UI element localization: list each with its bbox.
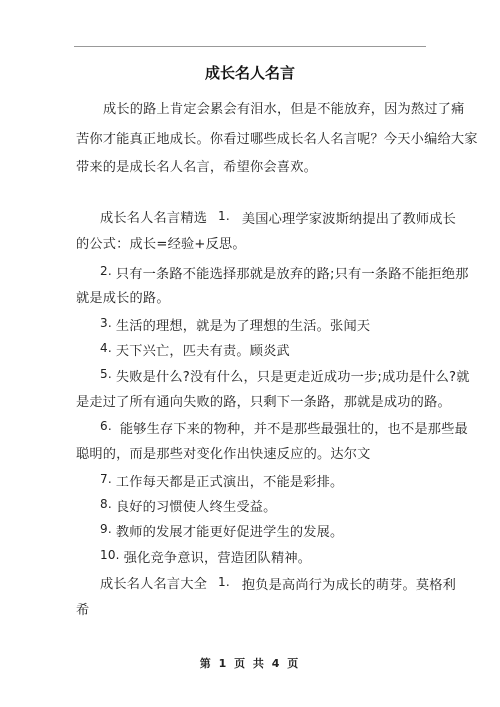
list-item-5: 5.失败是什么?没有什么，只是更走近成功一步;成功是什么?就 xyxy=(100,369,470,386)
item-text: 生活的理想，就是为了理想的生活。张闻天 xyxy=(116,319,370,334)
item-number: 8. xyxy=(100,497,112,511)
list-item-4: 4.天下兴亡，匹夫有责。顾炎武 xyxy=(100,343,290,360)
list2-item-1: 1.抱负是高尚行为成长的萌芽。莫格利 xyxy=(218,577,456,594)
item-number: 3. xyxy=(100,316,112,330)
list-item-6-cont: 聪明的，而是那些对变化作出快速反应的。达尔文 xyxy=(76,447,371,463)
list2-item-1-cont: 希 xyxy=(76,603,89,619)
item-number: 4. xyxy=(100,341,112,355)
section1-heading: 成长名人名言精选 xyxy=(100,211,207,227)
page-footer: 第 1 页 共 4 页 xyxy=(0,655,500,671)
list-item-6: 6.能够生存下来的物种，并不是那些最强壮的，也不是那些最 xyxy=(100,421,468,438)
item-text: 教师的发展才能更好促进学生的发展。 xyxy=(116,525,344,540)
intro-line-3: 带来的是成长名人名言，希望你会喜欢。 xyxy=(76,160,317,176)
list-item-7: 7.工作每天都是正式演出，不能是彩排。 xyxy=(100,474,343,491)
item-text: 失败是什么?没有什么，只是更走近成功一步;成功是什么?就 xyxy=(116,370,470,385)
item-number: 5. xyxy=(100,367,112,381)
list-item-2: 2.只有一条路不能选择那就是放弃的路;只有一条路不能拒绝那 xyxy=(100,266,469,283)
item-number: 7. xyxy=(100,472,112,486)
item-number: 2. xyxy=(100,264,112,278)
document-title: 成长名人名言 xyxy=(0,62,500,83)
item-text: 能够生存下来的物种，并不是那些最强壮的，也不是那些最 xyxy=(120,422,468,437)
intro-line-2: 苦你才能真正地成长。你看过哪些成长名人名言呢？今天小编给大家 xyxy=(76,132,478,148)
section2-heading: 成长名人名言大全 xyxy=(100,577,207,593)
list-item-8: 8.良好的习惯使人终生受益。 xyxy=(100,499,277,516)
list-item-1: 1.美国心理学家波斯纳提出了教师成长 xyxy=(218,211,456,228)
list-item-5-cont: 是走过了所有通向失败的路，只剩下一条路，那就是成功的路。 xyxy=(76,395,451,411)
header-rule xyxy=(74,46,426,47)
item-number: 6. xyxy=(100,419,112,433)
item-number: 9. xyxy=(100,522,112,536)
item-text: 只有一条路不能选择那就是放弃的路;只有一条路不能拒绝那 xyxy=(116,267,469,282)
list-item-1-cont: 的公式：成长=经验+反思。 xyxy=(76,237,246,253)
item-number: 1. xyxy=(218,209,230,223)
item-text: 良好的习惯使人终生受益。 xyxy=(116,500,277,515)
list-item-9: 9.教师的发展才能更好促进学生的发展。 xyxy=(100,524,343,541)
item-text: 工作每天都是正式演出，不能是彩排。 xyxy=(116,475,344,490)
intro-line-1: 成长的路上肯定会累会有泪水，但是不能放弃，因为熬过了痛 xyxy=(103,102,464,118)
item-number: 1. xyxy=(218,575,230,589)
item-text: 强化竞争意识，营造团队精神。 xyxy=(124,551,311,566)
item-text: 抱负是高尚行为成长的萌芽。莫格利 xyxy=(242,578,456,593)
item-text: 美国心理学家波斯纳提出了教师成长 xyxy=(242,212,456,227)
item-number: 10. xyxy=(100,548,120,562)
list-item-10: 10.强化竞争意识，营造团队精神。 xyxy=(100,550,311,567)
list-item-2-cont: 就是成长的路。 xyxy=(76,291,170,307)
list-item-3: 3.生活的理想，就是为了理想的生活。张闻天 xyxy=(100,318,370,335)
item-text: 天下兴亡，匹夫有责。顾炎武 xyxy=(116,344,290,359)
